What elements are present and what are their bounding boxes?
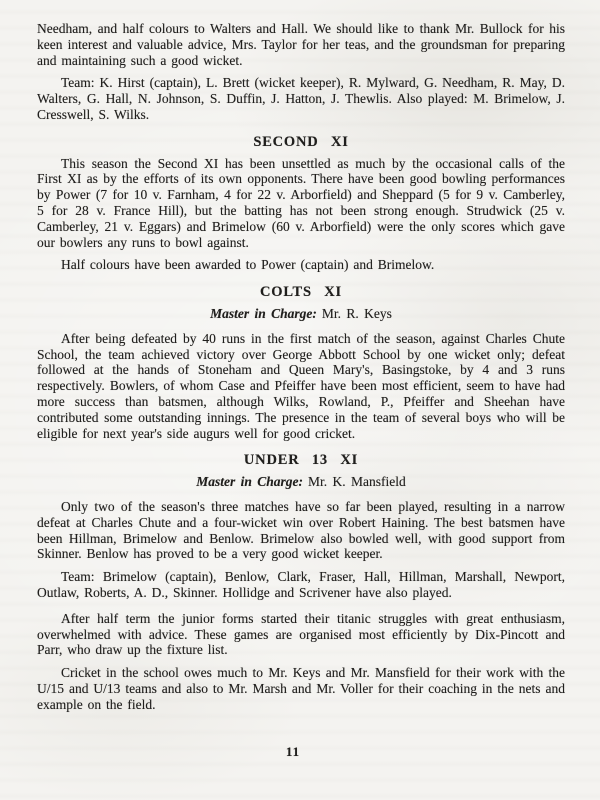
second-xi-report-paragraph: This season the Second XI has been unset… (37, 156, 565, 251)
magazine-scan-page: Needham, and half colours to Walters and… (0, 0, 600, 800)
master-in-charge-label: Master in Charge: (196, 474, 303, 489)
section-heading-colts-xi: COLTS XI (37, 285, 565, 301)
master-in-charge-name: Mr. R. Keys (322, 306, 392, 321)
second-xi-colours-paragraph: Half colours have been awarded to Power … (37, 257, 565, 273)
junior-forms-paragraph: After half term the junior forms started… (37, 611, 565, 658)
continuation-paragraph: Needham, and half colours to Walters and… (37, 21, 565, 68)
under-13-report-paragraph: Only two of the season's three matches h… (37, 499, 565, 562)
page-number: 11 (0, 744, 586, 760)
master-in-charge-label: Master in Charge: (210, 306, 317, 321)
colts-xi-report-paragraph: After being defeated by 40 runs in the f… (37, 331, 565, 442)
under-13-team-paragraph: Team: Brimelow (captain), Benlow, Clark,… (37, 569, 565, 601)
colts-xi-master-line: Master in Charge:Mr. R. Keys (37, 306, 565, 322)
acknowledgements-paragraph: Cricket in the school owes much to Mr. K… (37, 665, 565, 712)
under-13-master-line: Master in Charge:Mr. K. Mansfield (37, 474, 565, 490)
master-in-charge-name: Mr. K. Mansfield (308, 474, 406, 489)
section-heading-second-xi: SECOND XI (37, 135, 565, 151)
section-heading-under-13-xi: UNDER 13 XI (37, 453, 565, 469)
first-xi-team-paragraph: Team: K. Hirst (captain), L. Brett (wick… (37, 75, 565, 122)
